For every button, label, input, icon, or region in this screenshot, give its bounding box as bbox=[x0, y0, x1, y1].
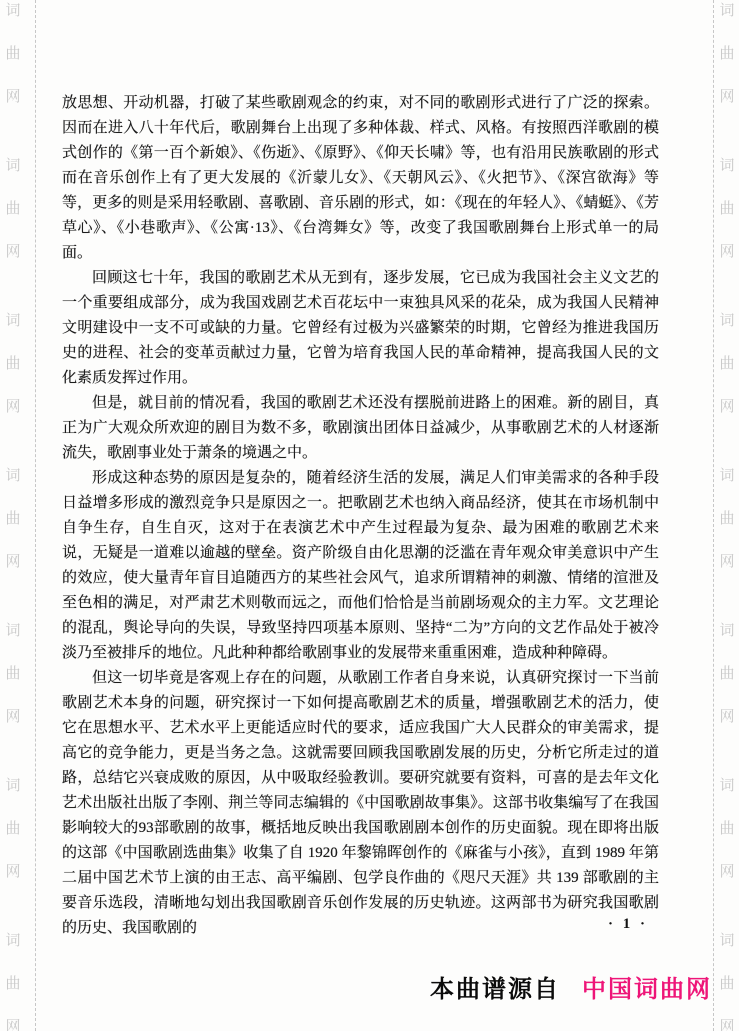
watermark-char: 网 bbox=[3, 245, 23, 260]
watermark-char: 词 bbox=[717, 314, 737, 329]
paragraph: 但这一切毕竟是客观上存在的问题，从歌剧工作者自身来说，认真研究探讨一下当前歌剧艺… bbox=[62, 666, 659, 941]
watermark-char: 曲 bbox=[3, 977, 23, 992]
watermark-char: 词 bbox=[3, 314, 23, 329]
watermark-char: 曲 bbox=[717, 512, 737, 527]
watermark-char: 网 bbox=[717, 865, 737, 880]
paragraph: 放思想、开动机器，打破了某些歌剧观念的约束，对不同的歌剧形式进行了广泛的探索。因… bbox=[62, 91, 659, 266]
watermark-char: 网 bbox=[3, 90, 23, 105]
watermark-char: 曲 bbox=[717, 202, 737, 217]
watermark-char: 网 bbox=[717, 90, 737, 105]
watermark-char: 网 bbox=[3, 400, 23, 415]
paragraph: 但是，就目前的情况看，我国的歌剧艺术还没有摆脱前进路上的困难。新的剧目，真正为广… bbox=[62, 391, 659, 466]
watermark-char: 曲 bbox=[3, 667, 23, 682]
watermark-char: 词 bbox=[717, 624, 737, 639]
watermark-char: 网 bbox=[3, 555, 23, 570]
watermark-char: 曲 bbox=[717, 822, 737, 837]
watermark-char: 词 bbox=[3, 779, 23, 794]
watermark-char: 词 bbox=[717, 4, 737, 19]
watermark-char: 网 bbox=[3, 710, 23, 725]
watermark-char: 曲 bbox=[3, 822, 23, 837]
paragraph: 回顾这七十年，我国的歌剧艺术从无到有，逐步发展，它已成为我国社会主义文艺的一个重… bbox=[62, 266, 659, 391]
document-body: 放思想、开动机器，打破了某些歌剧观念的约束，对不同的歌剧形式进行了广泛的探索。因… bbox=[62, 91, 659, 941]
watermark-char: 词 bbox=[3, 934, 23, 949]
watermark-char: 词 bbox=[3, 624, 23, 639]
footer-source-label: 本曲谱源自 bbox=[430, 976, 560, 1003]
left-dashed-border bbox=[35, 0, 36, 1031]
page-number: · 1 · bbox=[586, 916, 670, 933]
watermark-char: 词 bbox=[717, 779, 737, 794]
watermark-char: 曲 bbox=[3, 357, 23, 372]
watermark-column-left: 词曲网词曲网词曲网词曲网词曲网词曲网词曲网 bbox=[3, 0, 23, 1031]
watermark-column-right: 词曲网词曲网词曲网词曲网词曲网词曲网词曲网 bbox=[717, 0, 737, 1031]
watermark-char: 曲 bbox=[3, 202, 23, 217]
watermark-char: 词 bbox=[3, 159, 23, 174]
watermark-char: 词 bbox=[717, 469, 737, 484]
watermark-char: 词 bbox=[717, 934, 737, 949]
footer: 本曲谱源自中国词曲网 bbox=[430, 969, 712, 1004]
right-dashed-border bbox=[713, 0, 714, 1031]
watermark-char: 网 bbox=[717, 245, 737, 260]
watermark-char: 网 bbox=[717, 555, 737, 570]
watermark-char: 词 bbox=[3, 4, 23, 19]
watermark-char: 网 bbox=[717, 710, 737, 725]
watermark-char: 曲 bbox=[717, 667, 737, 682]
footer-brand: 中国词曲网 bbox=[582, 976, 712, 1003]
watermark-char: 曲 bbox=[717, 977, 737, 992]
scanned-page: 词曲网词曲网词曲网词曲网词曲网词曲网词曲网 词曲网词曲网词曲网词曲网词曲网词曲网… bbox=[0, 0, 739, 1031]
watermark-char: 曲 bbox=[717, 47, 737, 62]
watermark-char: 网 bbox=[717, 400, 737, 415]
watermark-char: 曲 bbox=[3, 47, 23, 62]
paragraph: 形成这种态势的原因是复杂的，随着经济生活的发展，满足人们审美需求的各种手段日益增… bbox=[62, 466, 659, 666]
watermark-char: 网 bbox=[3, 1020, 23, 1031]
watermark-char: 曲 bbox=[717, 357, 737, 372]
watermark-char: 词 bbox=[3, 469, 23, 484]
watermark-char: 词 bbox=[717, 159, 737, 174]
watermark-char: 曲 bbox=[3, 512, 23, 527]
watermark-char: 网 bbox=[717, 1020, 737, 1031]
watermark-char: 网 bbox=[3, 865, 23, 880]
